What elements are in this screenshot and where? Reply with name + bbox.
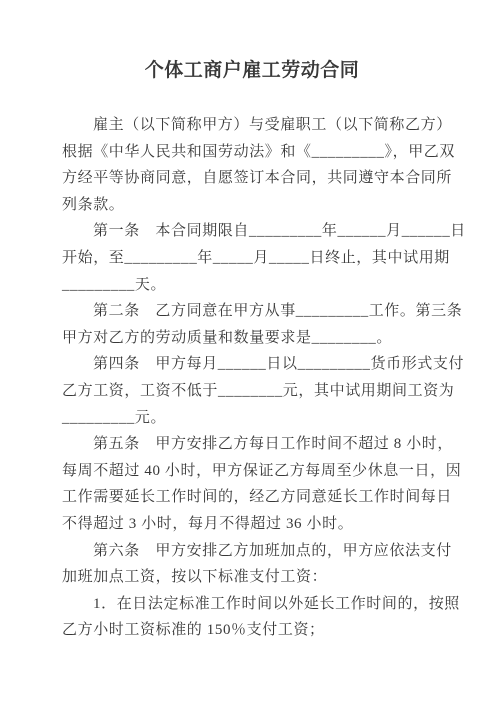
contract-line: 开始，至_________年_____月_____日终止，其中试用期 [62, 245, 442, 272]
contract-line: 雇主（以下简称甲方）与受雇职工（以下简称乙方） [62, 112, 442, 139]
contract-line: 乙方小时工资标准的 150％支付工资； [62, 617, 442, 644]
document-title: 个体工商户雇工劳动合同 [62, 56, 442, 86]
contract-line: 加班加点工资，按以下标准支付工资： [62, 564, 442, 591]
contract-line: _________天。 [62, 272, 442, 299]
contract-line: 根据《中华人民共和国劳动法》和《_________》，甲乙双 [62, 139, 442, 166]
contract-line: 乙方工资，工资不低于________元，其中试用期间工资为 [62, 378, 442, 405]
document-page: 个体工商户雇工劳动合同 雇主（以下简称甲方）与受雇职工（以下简称乙方） 根据《中… [0, 0, 500, 708]
contract-line: _________元。 [62, 405, 442, 432]
contract-line: 列条款。 [62, 192, 442, 219]
contract-line: 1．在日法定标准工作时间以外延长工作时间的，按照 [62, 591, 442, 618]
contract-line: 每周不超过 40 小时，甲方保证乙方每周至少休息一日，因 [62, 458, 442, 485]
contract-line: 第二条 乙方同意在甲方从事_________工作。第三条 [62, 298, 442, 325]
contract-line: 第五条 甲方安排乙方每日工作时间不超过 8 小时， [62, 431, 442, 458]
contract-line: 甲方对乙方的劳动质量和数量要求是________。 [62, 325, 442, 352]
contract-line: 方经平等协商同意，自愿签订本合同，共同遵守本合同所 [62, 165, 442, 192]
contract-line: 工作需要延长工作时间的，经乙方同意延长工作时间每日 [62, 484, 442, 511]
document-body: 雇主（以下简称甲方）与受雇职工（以下简称乙方） 根据《中华人民共和国劳动法》和《… [62, 112, 442, 644]
contract-line: 第一条 本合同期限自_________年______月______日 [62, 218, 442, 245]
contract-line: 不得超过 3 小时，每月不得超过 36 小时。 [62, 511, 442, 538]
contract-line: 第四条 甲方每月______日以_________货币形式支付 [62, 351, 442, 378]
contract-line: 第六条 甲方安排乙方加班加点的，甲方应依法支付 [62, 538, 442, 565]
